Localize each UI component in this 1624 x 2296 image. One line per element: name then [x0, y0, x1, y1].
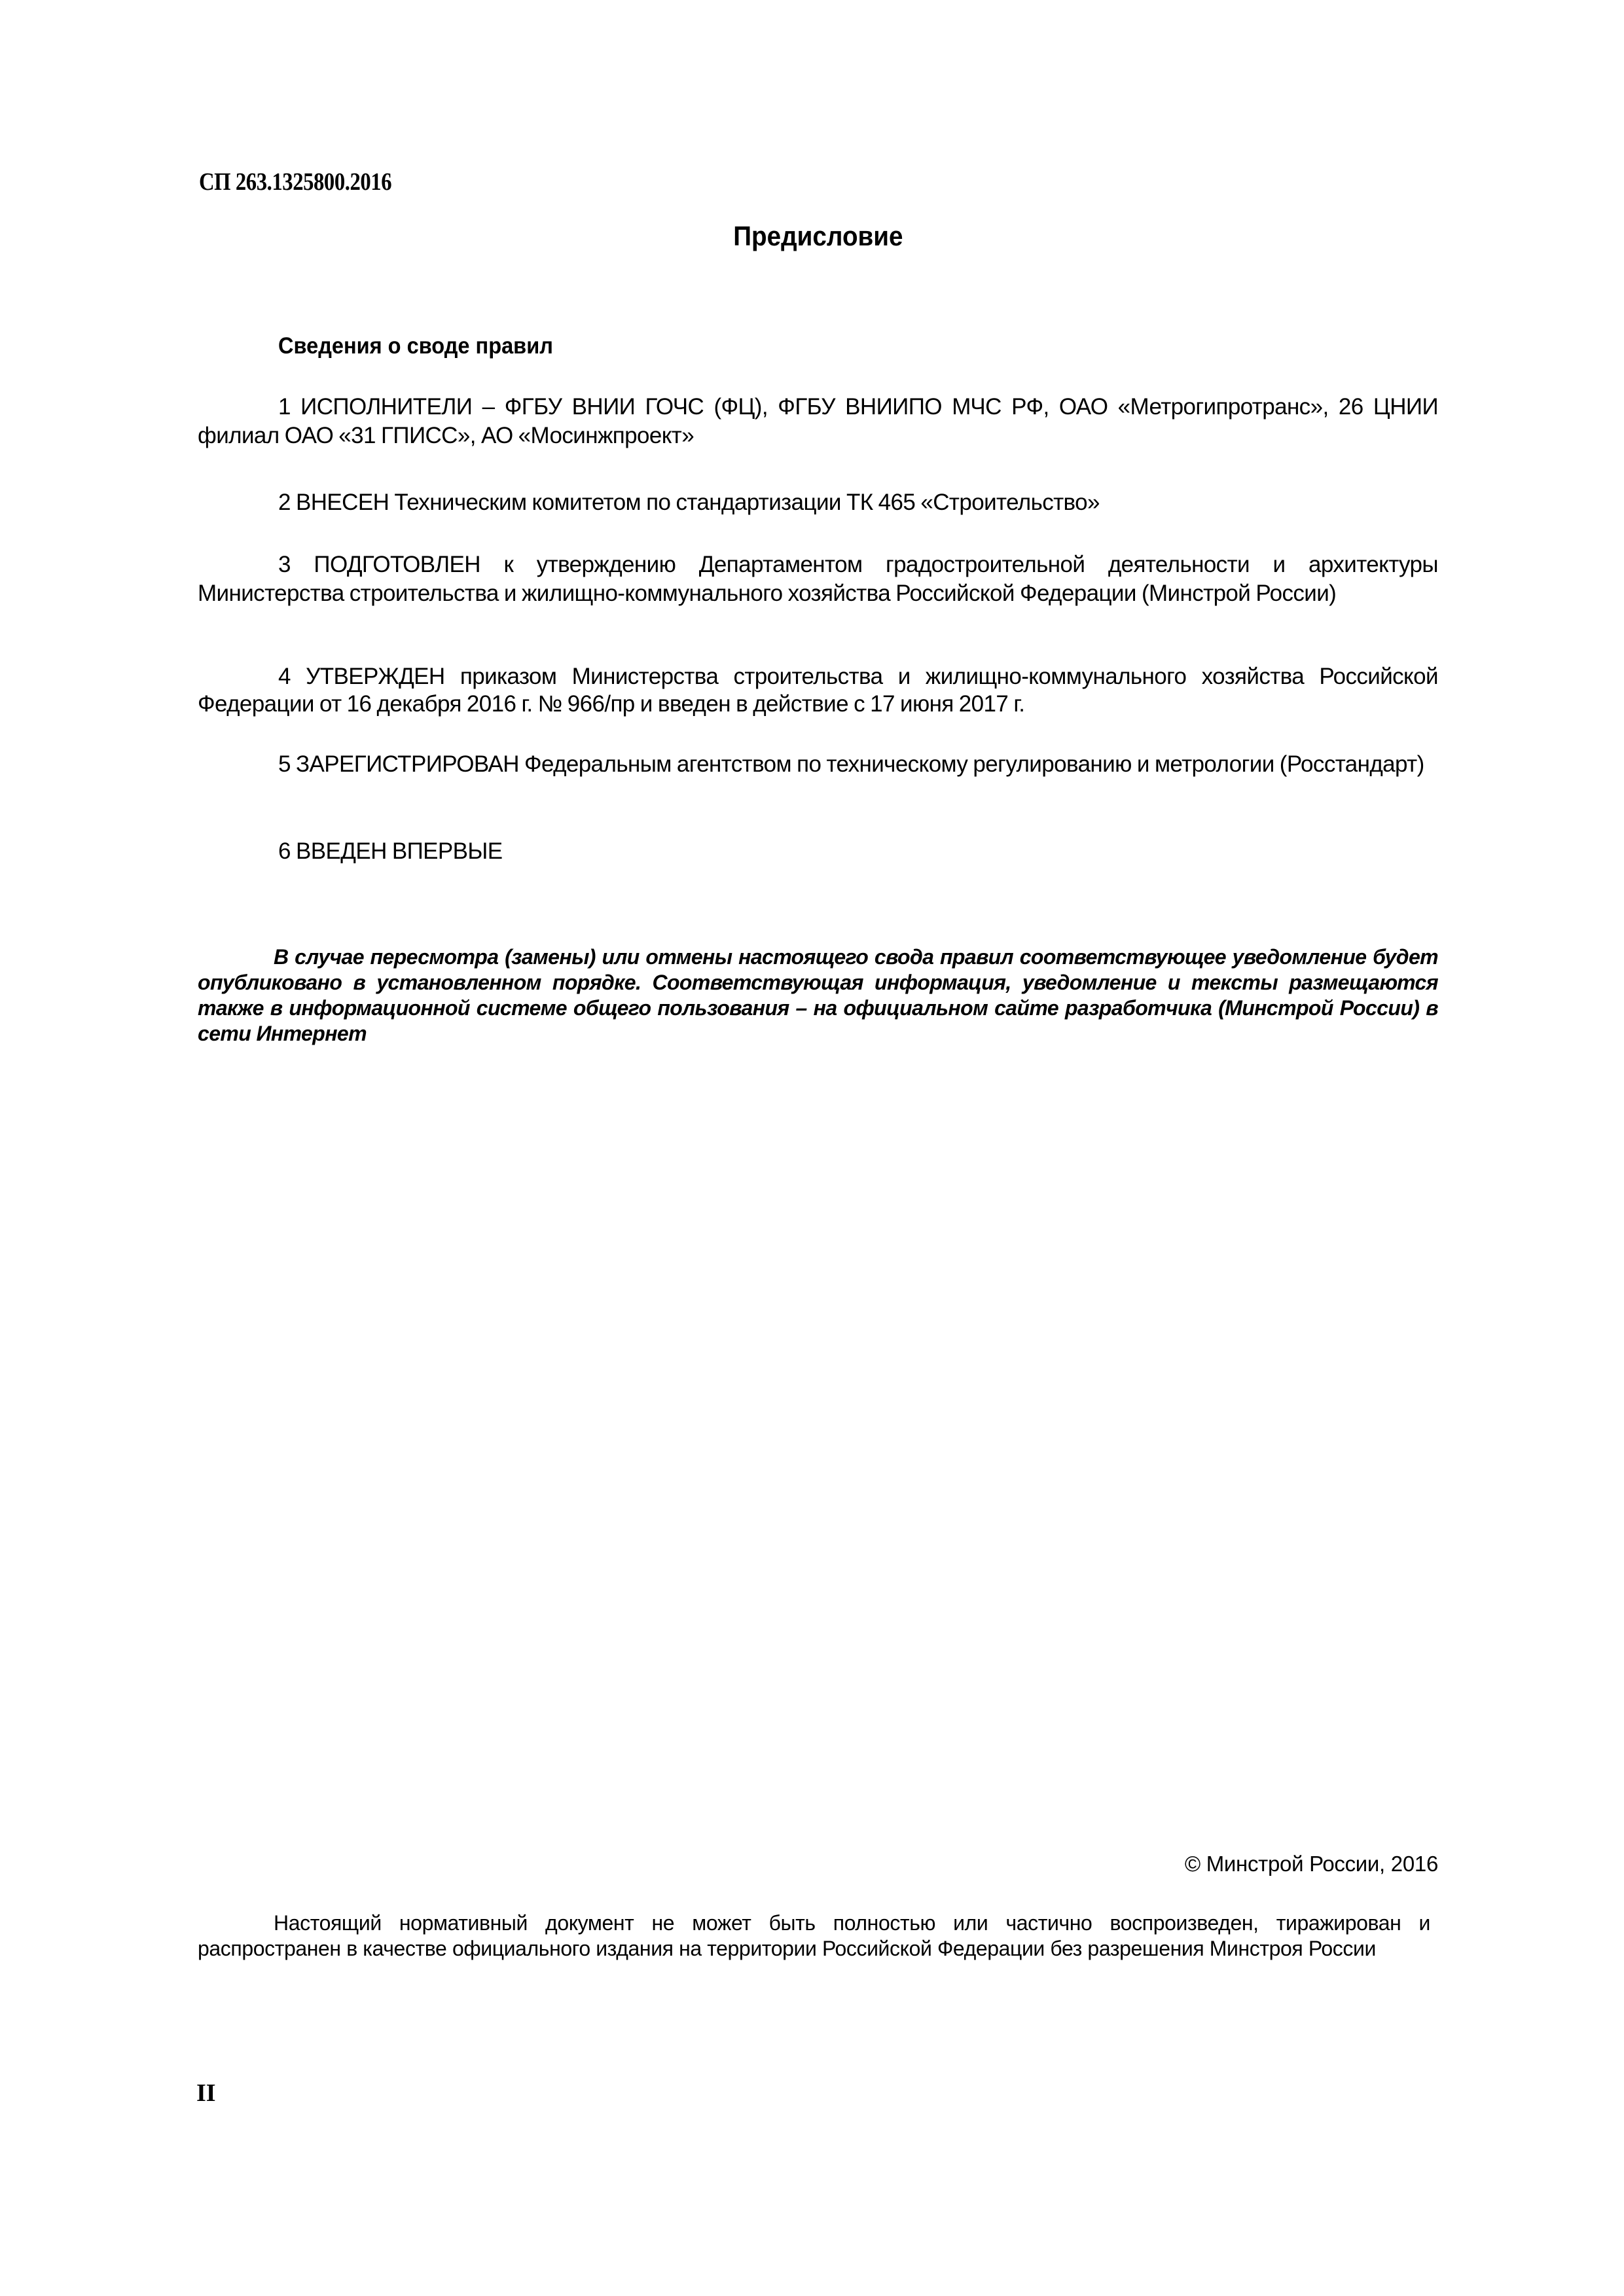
info-item-lead: 2 ВНЕСЕН: [278, 490, 389, 515]
document-code: СП 263.1325800.2016: [199, 168, 391, 196]
info-item-1: 1 ИСПОЛНИТЕЛИ – ФГБУ ВНИИ ГОЧС (ФЦ), ФГБ…: [198, 393, 1438, 450]
info-item-4: 4 УТВЕРЖДЕН приказом Министерства строит…: [198, 663, 1438, 718]
section-heading: Сведения о своде правил: [278, 332, 553, 360]
info-item-text: Федеральным агентством по техническому р…: [519, 751, 1424, 777]
info-item-5: 5 ЗАРЕГИСТРИРОВАН Федеральным агентством…: [198, 751, 1438, 778]
page-title: Предисловие: [198, 220, 1438, 253]
copyright-notice: © Минстрой России, 2016: [1185, 1851, 1438, 1877]
revision-note: В случае пересмотра (замены) или отмены …: [198, 944, 1438, 1047]
page-number: II: [196, 2079, 216, 2108]
info-item-lead: 6 ВВЕДЕН ВПЕРВЫЕ: [278, 838, 503, 864]
page-title-text: Предисловие: [733, 220, 903, 253]
info-item-lead: 5 ЗАРЕГИСТРИРОВАН: [278, 751, 519, 777]
info-item-lead: 3 ПОДГОТОВЛЕН: [278, 552, 480, 577]
info-item-2: 2 ВНЕСЕН Техническим комитетом по станда…: [198, 488, 1438, 517]
info-item-lead: 1 ИСПОЛНИТЕЛИ: [278, 394, 472, 420]
reproduction-notice: Настоящий нормативный документ не может …: [198, 1910, 1430, 1962]
info-item-3: 3 ПОДГОТОВЛЕН к утверждению Департаменто…: [198, 550, 1438, 608]
info-item-lead: 4 УТВЕРЖДЕН: [278, 664, 445, 689]
info-item-6: 6 ВВЕДЕН ВПЕРВЫЕ: [198, 838, 1438, 865]
info-item-text: Техническим комитетом по стандартизации …: [389, 490, 1100, 515]
